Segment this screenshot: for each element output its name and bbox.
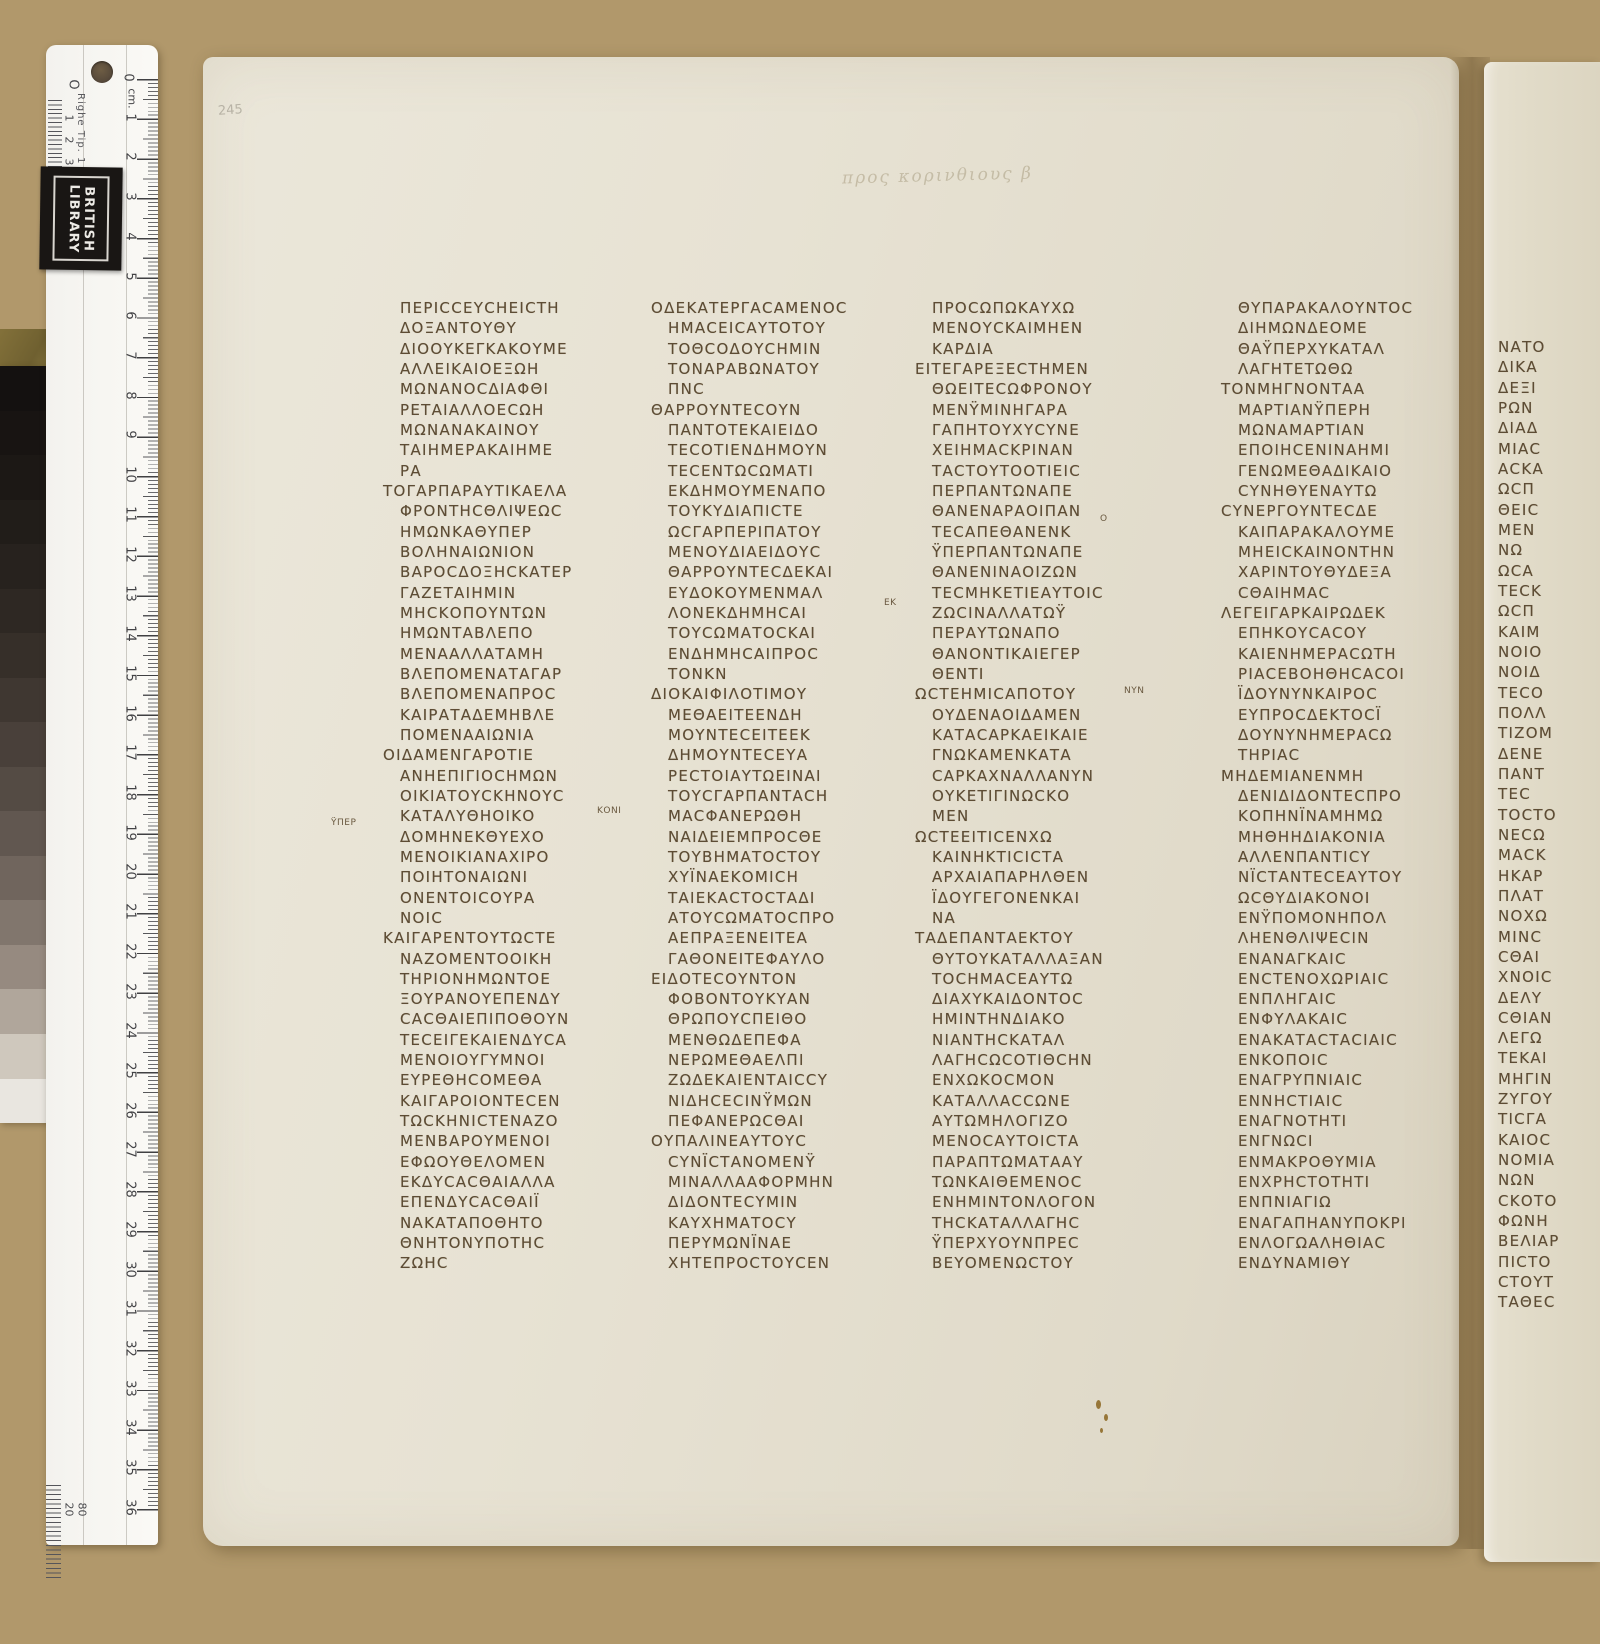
text-line: ΟΙΚΙΑΤΟΥCΚΗΝΟΥC: [400, 786, 668, 806]
text-line: CΘΙΑΝ: [1498, 1008, 1600, 1028]
text-line: ΜΙΑC: [1498, 439, 1600, 459]
text-line: ΦΩΝΗ: [1498, 1211, 1600, 1231]
marginal-correction: ΚΟΝΙ: [597, 806, 621, 816]
text-line: ΠΡΟCΩΠΩΚΑΥΧΩ: [932, 298, 1200, 318]
text-line: ΠΑΡΑΠΤΩΜΑΤΑΑΥ: [932, 1152, 1200, 1172]
text-line: CΑΡΚΑΧΝΑΛΛΑΝΥΝ: [932, 766, 1200, 786]
text-line: ΗΚΑΡ: [1498, 866, 1600, 886]
text-line: ΝΑ: [932, 908, 1200, 928]
text-line: ΘΑΝΟΝΤΙΚΑΙΕΓΕΡ: [932, 644, 1200, 664]
text-line: ΤΟΥCΓΑΡΠΑΝΤΑCΗ: [668, 786, 936, 806]
ruler-cm-number: 13: [123, 582, 138, 606]
text-line: ΚΑΤΑCΑΡΚΑΕΙΚΑΙΕ: [932, 725, 1200, 745]
text-line: ΤΕΚΑΙ: [1498, 1048, 1600, 1068]
ruler-cm-number: 9: [123, 423, 138, 447]
text-line: ΤΕCΚ: [1498, 581, 1600, 601]
text-line: ΤΑΘΕC: [1498, 1292, 1600, 1312]
ink-spot: [1104, 1414, 1108, 1421]
text-line: ΔΟΞΑΝΤΟΥΘΥ: [400, 318, 668, 338]
text-line: ΑΕΠΡΑΞΕΝΕΙΤΕΑ: [668, 928, 936, 948]
ruler-cm-number: 28: [123, 1178, 138, 1202]
text-line: ΛΑΓΗCΩCΟΤΙΘCΗΝ: [932, 1050, 1200, 1070]
text-line: ΦΟΒΟΝΤΟΥΚΥΑΝ: [668, 989, 936, 1009]
text-line: ΔΙΔΟΝΤΕCΥΜΙΝ: [668, 1192, 936, 1212]
text-line: ΜΕΝΟΥΔΙΑΕΙΔΟΥC: [668, 542, 936, 562]
ruler-cm-number: 26: [123, 1098, 138, 1122]
text-line: ΒΑΡΟCΔΟΞΗCΚΑΤΕΡ: [400, 562, 668, 582]
ruler-hole: [91, 61, 113, 83]
text-line: ΔΗΜΟΥΝΤΕCΕΥΑ: [668, 745, 936, 765]
text-line: ΦΡΟΝΤΗCΘΛΙΨΕΩC: [400, 501, 668, 521]
text-line: ΚΑΙΓΑΡΕΝΤΟΥΤΩCΤΕ: [383, 928, 668, 948]
ruler-cm-number: 19: [123, 820, 138, 844]
ruler-cm-number: 22: [123, 939, 138, 963]
text-line: ΜΕΝΫΜΙΝΗΓΑΡΑ: [932, 400, 1200, 420]
ruler-cm-number: 33: [123, 1376, 138, 1400]
text-line: ΤΑCΤΟΥΤΟΟΤΙΕΙC: [932, 461, 1200, 481]
ruler-cm-number: 36: [123, 1495, 138, 1519]
text-line: ΝΑΙΔΕΙΕΜΠΡΟCΘΕ: [668, 827, 936, 847]
text-line: ΩCΑ: [1498, 561, 1600, 581]
text-line: ΗΜΩΝΚΑΘΥΠΕΡ: [400, 522, 668, 542]
marginal-correction: ΫΠΕΡ: [331, 818, 356, 828]
ruler-cm-number: 1: [123, 105, 138, 129]
text-line: ΟΙΔΑΜΕΝΓΑΡΟΤΙΕ: [383, 745, 668, 765]
text-line: ΕΙΔΟΤΕCΟΥΝΤΟΝ: [651, 969, 936, 989]
text-line: ΜΩΝΑΝΟCΔΙΑΦΘΙ: [400, 379, 668, 399]
british-library-label: BRITISH LIBRARY: [39, 166, 122, 270]
text-line: ΤΟCΗΜΑCΕΑΥΤΩ: [932, 969, 1200, 989]
ruler-left-bottom-ticks: [46, 1485, 61, 1580]
text-line: ΘΩΕΙΤΕCΩΦΡΟΝΟΥ: [932, 379, 1200, 399]
text-line: ΚΑΙΜ: [1498, 622, 1600, 642]
ruler-cm-number: 11: [123, 502, 138, 526]
text-line: ΠΕΡΠΑΝΤΩΝΑΠΕ: [932, 481, 1200, 501]
ruler-cm-number: 6: [123, 304, 138, 328]
ruler-left-zero-label: O: [66, 79, 81, 89]
text-line: ΤΟΥΒΗΜΑΤΟCΤΟΥ: [668, 847, 936, 867]
ruler-cm-number: 7: [123, 344, 138, 368]
ruler-cm-number: 17: [123, 741, 138, 765]
text-line: ΝΕΡΩΜΕΘΑΕΛΠΙ: [668, 1050, 936, 1070]
text-line: ΧΗΤΕΠΡΟCΤΟΥCΕΝ: [668, 1253, 936, 1273]
text-line: ΝΩ: [1498, 540, 1600, 560]
text-line: ΤΕCΑΠΕΘΑΝΕΝΚ: [932, 522, 1200, 542]
text-line: ΖΩCΙΝΑΛΛΑΤΩΫ: [932, 603, 1200, 623]
text-line: ΕΝΧΩΚΟCΜΟΝ: [932, 1070, 1200, 1090]
text-line: ΞΟΥΡΑΝΟΥΕΠΕΝΔΥ: [400, 989, 668, 1009]
ruler-left-number: 2: [63, 137, 76, 151]
text-line: ΘΑΝΕΝΙΝΑΟΙΖΩΝ: [932, 562, 1200, 582]
text-line: ΒΟΛΗΝΑΙΩΝΙΟΝ: [400, 542, 668, 562]
text-line: ΤΩΝΚΑΙΘΕΜΕΝΟC: [932, 1172, 1200, 1192]
ruler-cm-number: 25: [123, 1059, 138, 1083]
text-line: ΧΝΟΙC: [1498, 967, 1600, 987]
ruler-cm-number: 14: [123, 622, 138, 646]
ruler-cm-number: 34: [123, 1416, 138, 1440]
text-line: ΤΕCΟΤΙΕΝΔΗΜΟΥΝ: [668, 440, 936, 460]
text-line: ΓΝΩΚΑΜΕΝΚΑΤΑ: [932, 745, 1200, 765]
ruler-cm-number: 20: [123, 860, 138, 884]
text-line: ΡΕΤΑΙΑΛΛΟΕCΩΗ: [400, 400, 668, 420]
text-line: ΝΟΧΩ: [1498, 906, 1600, 926]
text-line: ΜΕΝΟΙΚΙΑΝΑΧΙΡΟ: [400, 847, 668, 867]
text-line: ΒΕΥΟΜΕΝΩCΤΟΥ: [932, 1253, 1200, 1273]
marginal-correction: Ο: [1100, 514, 1108, 524]
text-line: ΕΙΤΕΓΑΡΕΞΕCΤΗΜΕΝ: [915, 359, 1200, 379]
text-line: ΤΙΖΟΜ: [1498, 723, 1600, 743]
text-line: ΚΑΤΑΛΛΑCCΩΝΕ: [932, 1091, 1200, 1111]
text-line: ΕΝΔΗΜΗCΑΙΠΡΟC: [668, 644, 936, 664]
text-line: ΤΕCΕΙΓΕΚΑΙΕΝΔΥCΑ: [400, 1030, 668, 1050]
ruler-left-number: 1: [63, 115, 76, 129]
text-line: ΑΤΟΥCΩΜΑΤΟCΠΡΟ: [668, 908, 936, 928]
text-line: ΤΙCΓΑ: [1498, 1109, 1600, 1129]
text-line: ΤΕCΜΗΚΕΤΙΕΑΥΤΟΙC: [932, 583, 1200, 603]
text-line: ΓΑΠΗΤΟΥΧΥCΥΝΕ: [932, 420, 1200, 440]
text-line: ΤΑΙΗΜΕΡΑΚΑΙΗΜΕ: [400, 440, 668, 460]
label-line-2: LIBRARY: [66, 184, 82, 253]
ruler-cm-number: 15: [123, 661, 138, 685]
text-line: ΘΕΝΤΙ: [932, 664, 1200, 684]
text-line: ΟΔΕΚΑΤΕΡΓΑCΑΜΕΝΟC: [651, 298, 936, 318]
text-line: ΝΑΤΟ: [1498, 337, 1600, 357]
next-folio-text-column: ΝΑΤΟΔΙΚΑΔΕΞΙΡΩΝΔΙΑΔΜΙΑCΑCΚΑΩCΠΘΕΙCΜΕΝΝΩΩ…: [1498, 337, 1600, 1313]
text-line: ΝΟΜΙΑ: [1498, 1150, 1600, 1170]
ruler-cm-number: 12: [123, 542, 138, 566]
text-line: ΤΗΡΙΟΝΗΜΩΝΤΟΕ: [400, 969, 668, 989]
next-folio-edge: ΝΑΤΟΔΙΚΑΔΕΞΙΡΩΝΔΙΑΔΜΙΑCΑCΚΑΩCΠΘΕΙCΜΕΝΝΩΩ…: [1484, 62, 1600, 1562]
text-line: ΜΕΝ: [1498, 520, 1600, 540]
ruler-cm-number: 8: [123, 383, 138, 407]
text-line: ΜΗCΚΟΠΟΥΝΤΩΝ: [400, 603, 668, 623]
text-line: ΝΟΙΔ: [1498, 662, 1600, 682]
text-line: ΠΟΛΛ: [1498, 703, 1600, 723]
text-line: ΑCΚΑ: [1498, 459, 1600, 479]
ruler-cm-number: 27: [123, 1138, 138, 1162]
text-line: ΜΙΝC: [1498, 927, 1600, 947]
text-line: ΠΑΝΤΟΤΕΚΑΙΕΙΔΟ: [668, 420, 936, 440]
ruler-cm-number: 21: [123, 900, 138, 924]
text-column-1: ΠΕΡΙCCΕΥCΗΕΙCΤΗΔΟΞΑΝΤΟΥΘΥΔΙΟΟΥΚΕΓΚΑΚΟΥΜΕ…: [400, 298, 668, 1274]
ruler-bottom-number: 80: [76, 1503, 89, 1517]
text-line: ΩCΓΑΡΠΕΡΙΠΑΤΟΥ: [668, 522, 936, 542]
text-line: ΔΕΞΙ: [1498, 378, 1600, 398]
text-line: ΪΔΟΥΓΕΓΟΝΕΝΚΑΙ: [932, 888, 1200, 908]
text-line: ΤΕCΕΝΤΩCΩΜΑΤΙ: [668, 461, 936, 481]
ruler-left-scale-text: Righe Tip. 1: [75, 93, 86, 164]
text-line: ΚΑΙΟC: [1498, 1130, 1600, 1150]
folio-number: 245: [218, 102, 244, 119]
text-line: ΘΝΗΤΟΝΥΠΟΤΗC: [400, 1233, 668, 1253]
text-line: ΟΝΕΝΤΟΙCΟΥΡΑ: [400, 888, 668, 908]
text-line: ΕΠΕΝΔΥCΑCΘΑΙΪ: [400, 1192, 668, 1212]
text-line: ΠΙCΤΟ: [1498, 1252, 1600, 1272]
text-line: ΔΙΟΚΑΙΦΙΛΟΤΙΜΟΥ: [651, 684, 936, 704]
text-line: ΘΑΡΡΟΥΝΤΕCΟΥΝ: [651, 400, 936, 420]
text-line: ΑΡΧΑΙΑΠΑΡΗΛΘΕΝ: [932, 867, 1200, 887]
text-line: ΤΟΥΚΥΔΙΑΠΙCΤΕ: [668, 501, 936, 521]
text-line: ΒΕΛΙΑΡ: [1498, 1231, 1600, 1251]
text-line: ΩCΠ: [1498, 601, 1600, 621]
text-line: ΠΕΦΑΝΕΡΩCΘΑΙ: [668, 1111, 936, 1131]
text-column-3: ΠΡΟCΩΠΩΚΑΥΧΩΜΕΝΟΥCΚΑΙΜΗΕΝΚΑΡΔΙΑΕΙΤΕΓΑΡΕΞ…: [932, 298, 1200, 1274]
text-line: ΤΩCΚΗΝΙCΤΕΝΑΖΟ: [400, 1111, 668, 1131]
text-line: ΗΜΑCΕΙCΑΥΤΟΤΟΥ: [668, 318, 936, 338]
text-line: ΘΕΙC: [1498, 500, 1600, 520]
text-line: ΖΥΓΟΥ: [1498, 1089, 1600, 1109]
ruler-cm-number: 5: [123, 264, 138, 288]
text-line: ΚΑΙΡΑΤΑΔΕΜΗΒΛΕ: [400, 705, 668, 725]
text-line: CΘΑΙ: [1498, 947, 1600, 967]
text-line: ΤΑΙΕΚΑCΤΟCΤΑΔΙ: [668, 888, 936, 908]
text-line: ΫΠΕΡΧΥΟΥΝΠΡΕC: [932, 1233, 1200, 1253]
text-line: ΜΩΝΑΝΑΚΑΙΝΟΥ: [400, 420, 668, 440]
ruler-cm-ticks: [137, 79, 158, 1512]
text-line: ΩCΠ: [1498, 479, 1600, 499]
ruler-cm-number: 10: [123, 463, 138, 487]
label-line-1: BRITISH: [81, 186, 97, 252]
text-line: ΓΑΘΟΝΕΙΤΕΦΑΥΛΟ: [668, 949, 936, 969]
text-line: ΘΑΝΕΝΑΡΑΟΙΠΑΝ: [932, 501, 1200, 521]
text-line: ΜΑCΦΑΝΕΡΩΘΗ: [668, 806, 936, 826]
text-line: ΤΟΘCΟΔΟΥCΗΜΙΝ: [668, 339, 936, 359]
text-line: ΩCΤΕΕΙΤΙCΕΝΧΩ: [915, 827, 1200, 847]
british-library-label-border: BRITISH LIBRARY: [52, 176, 109, 262]
text-line: ΤΑΔΕΠΑΝΤΑΕΚΤΟΥ: [915, 928, 1200, 948]
british-library-label-text: BRITISH LIBRARY: [66, 184, 97, 253]
text-line: ΜΕΝΟΙΟΥΓΥΜΝΟΙ: [400, 1050, 668, 1070]
text-line: ΕΥΡΕΘΗCΟΜΕΘΑ: [400, 1070, 668, 1090]
text-line: ΒΛΕΠΟΜΕΝΑΤΑΓΑΡ: [400, 664, 668, 684]
ruler-cm-number: 29: [123, 1217, 138, 1241]
text-line: ΒΛΕΠΟΜΕΝΑΠΡΟC: [400, 684, 668, 704]
text-line: ΜΕΝΟΥCΚΑΙΜΗΕΝ: [932, 318, 1200, 338]
ruler-cm-number: 4: [123, 224, 138, 248]
text-line: ΚΑΤΑΛΥΘΗΟΙΚΟ: [400, 806, 668, 826]
text-line: ΤΟΓΑΡΠΑΡΑΥΤΙΚΑΕΛΑ: [383, 481, 668, 501]
text-line: ΔΕΛΥ: [1498, 988, 1600, 1008]
text-line: ΝΟΙΟ: [1498, 642, 1600, 662]
ruler-cm-number: 32: [123, 1337, 138, 1361]
text-line: ΠΕΡΑΥΤΩΝΑΠΟ: [932, 623, 1200, 643]
text-line: ΡΕCΤΟΙΑΥΤΩΕΙΝΑΙ: [668, 766, 936, 786]
text-line: ΟΥΠΑΛΙΝΕΑΥΤΟΥC: [651, 1131, 936, 1151]
text-line: ΚΑΥΧΗΜΑΤΟCΥ: [668, 1213, 936, 1233]
text-line: ΝΙΑΝΤΗCΚΑΤΑΛ: [932, 1030, 1200, 1050]
text-line: ΠΕΡΥΜΩΝΪΝΑΕ: [668, 1233, 936, 1253]
ruler-cm-number: 31: [123, 1297, 138, 1321]
ruler-cm-number: 2: [123, 145, 138, 169]
text-line: ΫΠΕΡΠΑΝΤΩΝΑΠΕ: [932, 542, 1200, 562]
text-line: ΝΟΙC: [400, 908, 668, 928]
ruler-bottom-number: 20: [63, 1503, 76, 1517]
text-line: ΩCΤΕΗΜΙCΑΠΟΤΟΥ: [915, 684, 1200, 704]
ruler-cm-number: 3: [123, 185, 138, 209]
text-line: ΔΟΜΗΝΕΚΘΥΕΧΟ: [400, 827, 668, 847]
manuscript-photograph: προς κορινθιους β 245 ΠΕΡΙCCΕΥCΗΕΙCΤΗΔΟΞ…: [0, 0, 1600, 1644]
ruler-cm-number: 18: [123, 780, 138, 804]
text-line: ΟΥΚΕΤΙΓΙΝΩCΚΟ: [932, 786, 1200, 806]
text-line: ΓΑΖΕΤΑΙΗΜΙΝ: [400, 583, 668, 603]
text-line: ΜΗΓΙΝ: [1498, 1069, 1600, 1089]
text-line: ΔΙΑΔ: [1498, 418, 1600, 438]
text-line: ΝΙΔΗCΕCΙΝΫΜΩΝ: [668, 1091, 936, 1111]
ink-spot: [1100, 1428, 1103, 1433]
marginal-correction: ΝΥΝ: [1124, 686, 1144, 696]
text-line: ΜΕΝΟCΑΥΤΟΙCΤΑ: [932, 1131, 1200, 1151]
text-line: ΗΜΙΝΤΗΝΔΙΑΚΟ: [932, 1009, 1200, 1029]
ruler-cm-number: 24: [123, 1019, 138, 1043]
text-line: ΜΙΝΑΛΛΑΑΦΟΡΜΗΝ: [668, 1172, 936, 1192]
text-line: ΕΝΗΜΙΝΤΟΝΛΟΓΟΝ: [932, 1192, 1200, 1212]
text-line: ΔΕΝΕ: [1498, 744, 1600, 764]
text-line: ΧΕΙΗΜΑCΚΡΙΝΑΝ: [932, 440, 1200, 460]
text-column-2: ΟΔΕΚΑΤΕΡΓΑCΑΜΕΝΟCΗΜΑCΕΙCΑΥΤΟΤΟΥΤΟΘCΟΔΟΥC…: [668, 298, 936, 1274]
text-line: ΤΟΥCΩΜΑΤΟCΚΑΙ: [668, 623, 936, 643]
text-line: ΝΩΝ: [1498, 1170, 1600, 1190]
text-line: ΜΟΥΝΤΕCΕΙΤΕΕΚ: [668, 725, 936, 745]
text-line: ΕΦΩΟΥΘΕΛΟΜΕΝ: [400, 1152, 668, 1172]
ink-spot: [1096, 1400, 1101, 1409]
text-line: ΔΙΑΧΥΚΑΙΔΟΝΤΟC: [932, 989, 1200, 1009]
text-line: ΘΥΤΟΥΚΑΤΑΛΛΑΞΑΝ: [932, 949, 1200, 969]
text-line: ΔΙΟΟΥΚΕΓΚΑΚΟΥΜΕ: [400, 339, 668, 359]
text-line: ΜΕΝ: [932, 806, 1200, 826]
text-line: ΔΙΚΑ: [1498, 357, 1600, 377]
marginal-correction: ΕΚ: [884, 598, 897, 608]
text-line: ΜΕΝΒΑΡΟΥΜΕΝΟΙ: [400, 1131, 668, 1151]
ruler-cm-number: 35: [123, 1456, 138, 1480]
text-line: ΡΩΝ: [1498, 398, 1600, 418]
text-line: ΜΑCΚ: [1498, 845, 1600, 865]
text-line: ΘΡΩΠΟΥCΠΕΙΘΟ: [668, 1009, 936, 1029]
text-line: ΤΕC: [1498, 784, 1600, 804]
text-line: ΕΚΔΥCΑCΘΑΙΑΛΛΑ: [400, 1172, 668, 1192]
text-line: CΑCΘΑΙΕΠΙΠΟΘΟΥΝ: [400, 1009, 668, 1029]
text-line: ΠΕΡΙCCΕΥCΗΕΙCΤΗ: [400, 298, 668, 318]
text-line: ΠΝC: [668, 379, 936, 399]
text-line: CΚΟΤΟ: [1498, 1191, 1600, 1211]
text-line: ΠΟΜΕΝΑΑΙΩΝΙΑ: [400, 725, 668, 745]
text-line: ΘΑΡΡΟΥΝΤΕCΔΕΚΑΙ: [668, 562, 936, 582]
text-line: ΝΑΖΟΜΕΝΤΟΟΙΚΗ: [400, 949, 668, 969]
text-line: ΖΩΗC: [400, 1253, 668, 1273]
text-line: ΤΟΝΚΝ: [668, 664, 936, 684]
text-line: ΠΟΙΗΤΟΝΑΙΩΝΙ: [400, 867, 668, 887]
text-line: ΡΑ: [400, 461, 668, 481]
text-line: ΖΩΔΕΚΑΙΕΝΤΑΙCCΥ: [668, 1070, 936, 1090]
text-line: ΚΑΡΔΙΑ: [932, 339, 1200, 359]
text-line: ΑΛΛΕΙΚΑΙΟΕΞΩΗ: [400, 359, 668, 379]
text-line: ΤΕCΟ: [1498, 683, 1600, 703]
ruler-cm-number: 16: [123, 701, 138, 725]
ruler-cm-number: 30: [123, 1257, 138, 1281]
text-line: ΟΥΔΕΝΑΟΙΔΑΜΕΝ: [932, 705, 1200, 725]
text-line: ΑΝΗΕΠΙΓΙΟCΗΜΩΝ: [400, 766, 668, 786]
text-line: ΜΕΝΑΑΛΛΑΤΑΜΗ: [400, 644, 668, 664]
text-line: ΗΜΩΝΤΑΒΛΕΠΟ: [400, 623, 668, 643]
text-line: ΚΑΙΝΗΚΤΙCΙCΤΑ: [932, 847, 1200, 867]
text-line: ΠΑΝΤ: [1498, 764, 1600, 784]
ruler-zero-label: 0: [121, 66, 136, 90]
ruler-cm-number: 23: [123, 979, 138, 1003]
text-line: ΠΛΑΤ: [1498, 886, 1600, 906]
text-line: ΤΟCΤΟ: [1498, 805, 1600, 825]
text-line: ΜΕΝΘΩΔΕΠΕΦΑ: [668, 1030, 936, 1050]
text-line: ΛΕΓΩ: [1498, 1028, 1600, 1048]
text-line: ΚΑΙΓΑΡΟΙΟΝΤΕCΕΝ: [400, 1091, 668, 1111]
text-line: CΤΟΥΤ: [1498, 1272, 1600, 1292]
text-line: ΤΟΝΑΡΑΒΩΝΑΤΟΥ: [668, 359, 936, 379]
text-line: ΝΑΚΑΤΑΠΟΘΗΤΟ: [400, 1213, 668, 1233]
text-line: ΑΥΤΩΜΗΛΟΓΙΖΟ: [932, 1111, 1200, 1131]
text-line: ΝΕCΩ: [1498, 825, 1600, 845]
text-line: CΥΝΪCΤΑΝΟΜΕΝΫ: [668, 1152, 936, 1172]
text-line: ΤΗCΚΑΤΑΛΛΑΓΗC: [932, 1213, 1200, 1233]
text-line: ΜΕΘΑΕΙΤΕΕΝΔΗ: [668, 705, 936, 725]
text-line: ΧΥΪΝΑΕΚΟΜΙCΗ: [668, 867, 936, 887]
text-line: ΕΚΔΗΜΟΥΜΕΝΑΠΟ: [668, 481, 936, 501]
